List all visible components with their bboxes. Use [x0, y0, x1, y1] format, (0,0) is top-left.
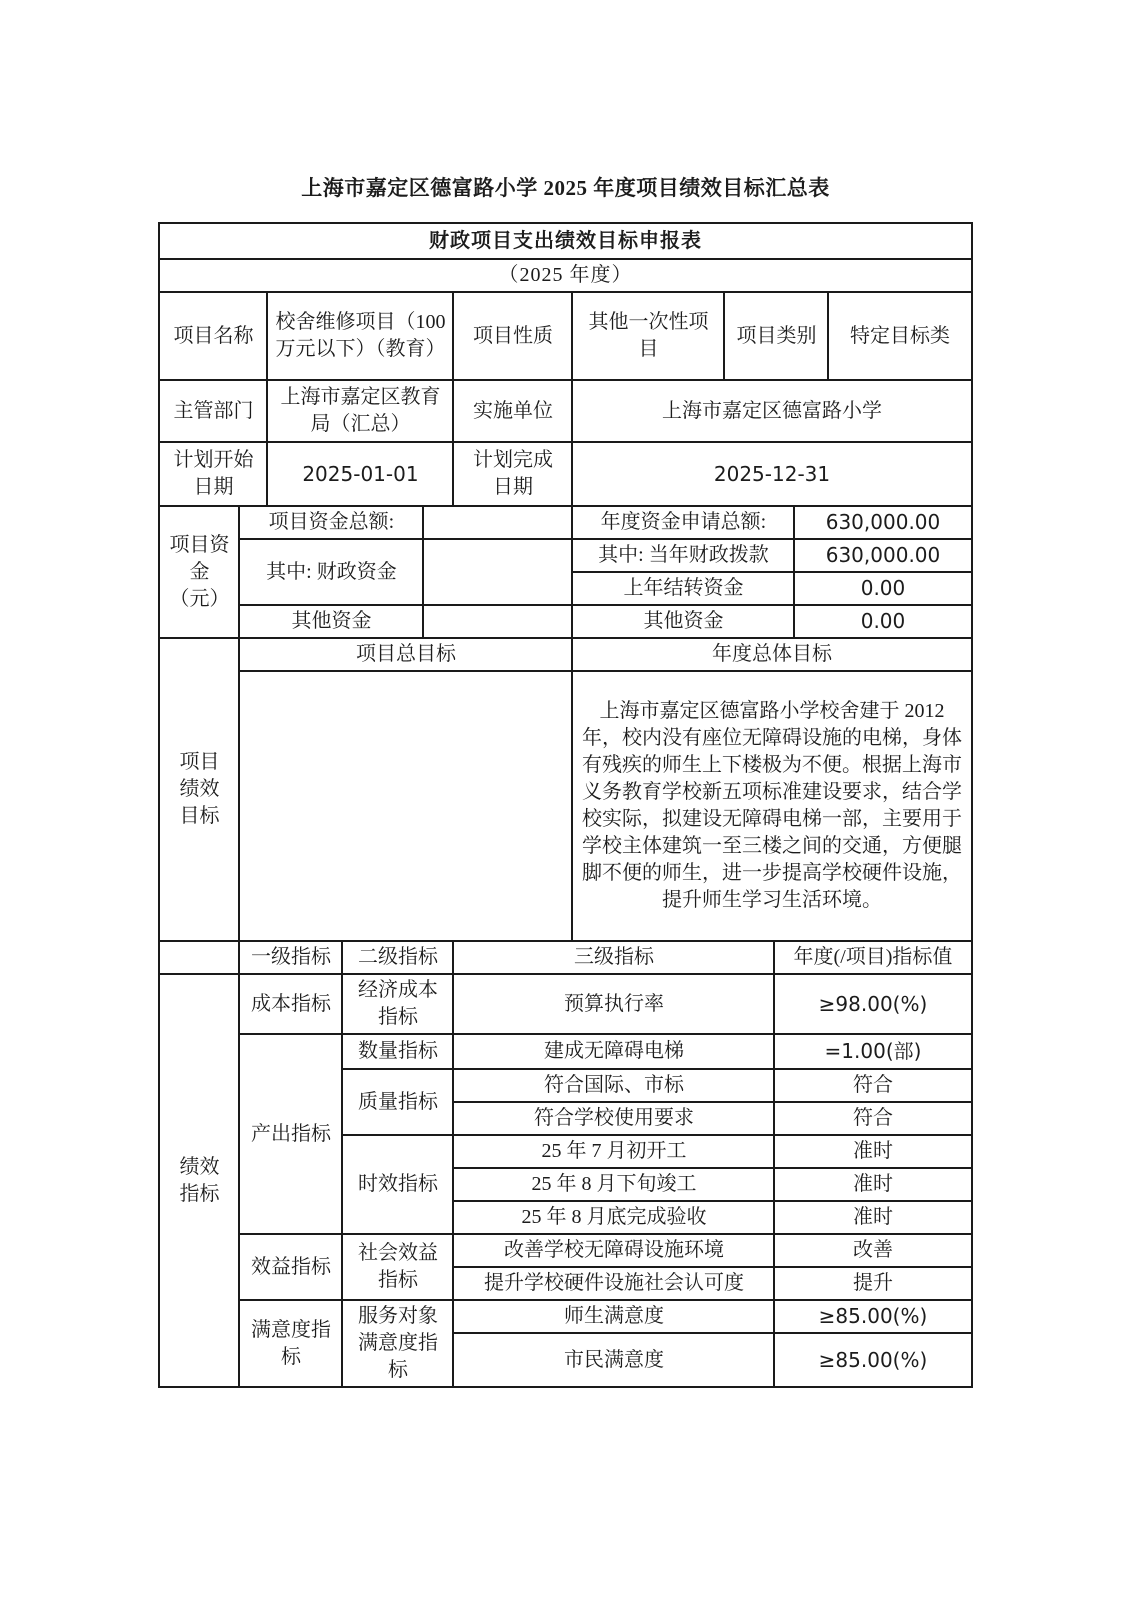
indicator-value: ≥85.00(%) [774, 1300, 971, 1333]
annual-goal-value: 上海市嘉定区德富路小学校舍建于 2012 年，校内没有座位无障碍设施的电梯，身体… [572, 671, 971, 941]
indicator-row: 绩效 指标 成本指标 经济成本指标 预算执行率 ≥98.00(%) [159, 974, 971, 1034]
indicator-level3: 符合学校使用要求 [453, 1102, 774, 1135]
indicator-level1: 成本指标 [239, 974, 342, 1034]
project-nature-value: 其他一次性项目 [572, 292, 724, 380]
year-note-row: （2025 年度） [159, 259, 971, 292]
annual-goal-label: 年度总体目标 [572, 638, 971, 671]
indicator-level2: 服务对象满意度指标 [342, 1300, 453, 1387]
form-year-note: （2025 年度） [159, 259, 971, 292]
department-label: 主管部门 [159, 380, 267, 442]
project-category-label: 项目类别 [724, 292, 828, 380]
indicators-section-label: 绩效 指标 [159, 974, 239, 1387]
funds-other-value [423, 605, 572, 638]
indicator-level3-header: 三级指标 [453, 941, 774, 974]
indicator-value: 改善 [774, 1234, 971, 1267]
indicator-value-header: 年度(/项目)指标值 [774, 941, 971, 974]
project-name-label: 项目名称 [159, 292, 267, 380]
unit-label: 实施单位 [453, 380, 572, 442]
funds-annual-total-label: 年度资金申请总额: [572, 506, 794, 539]
declaration-table: 财政项目支出绩效目标申报表 （2025 年度） 项目名称 校舍维修项目（100 … [158, 222, 972, 1388]
indicator-level3: 提升学校硬件设施社会认可度 [453, 1267, 774, 1300]
goals-header-row: 项目 绩效 目标 项目总目标 年度总体目标 [159, 638, 971, 671]
indicator-value: 提升 [774, 1267, 971, 1300]
indicators-header-spacer [159, 941, 239, 974]
indicator-level2: 社会效益指标 [342, 1234, 453, 1300]
indicator-level3: 预算执行率 [453, 974, 774, 1034]
funds-other-right-label: 其他资金 [572, 605, 794, 638]
project-name-value: 校舍维修项目（100 万元以下）（教育） [267, 292, 453, 380]
overall-goal-value [239, 671, 572, 941]
funds-total-label: 项目资金总额: [239, 506, 423, 539]
funds-other-row: 其他资金 其他资金 0.00 [159, 605, 971, 638]
funds-carryover-label: 上年结转资金 [572, 572, 794, 605]
indicator-level2: 数量指标 [342, 1034, 453, 1069]
indicator-level3: 符合国际、市标 [453, 1069, 774, 1102]
indicators-header-row: 一级指标 二级指标 三级指标 年度(/项目)指标值 [159, 941, 971, 974]
document-title: 上海市嘉定区德富路小学 2025 年度项目绩效目标汇总表 [0, 172, 1131, 202]
end-date-label: 计划完成 日期 [453, 442, 572, 506]
funds-section-label: 项目资金 （元） [159, 506, 239, 638]
unit-value: 上海市嘉定区德富路小学 [572, 380, 971, 442]
indicator-value: ≥85.00(%) [774, 1333, 971, 1387]
indicator-value: 准时 [774, 1135, 971, 1168]
plan-dates-row: 计划开始 日期 2025-01-01 计划完成 日期 2025-12-31 [159, 442, 971, 506]
funds-fiscal-label: 其中: 财政资金 [239, 539, 423, 605]
funds-fiscal-current-value: 630,000.00 [794, 539, 971, 572]
indicator-level3: 师生满意度 [453, 1300, 774, 1333]
indicator-value: 准时 [774, 1201, 971, 1234]
indicator-level2: 经济成本指标 [342, 974, 453, 1034]
project-nature-label: 项目性质 [453, 292, 572, 380]
indicator-level1: 产出指标 [239, 1034, 342, 1234]
indicator-level3: 改善学校无障碍设施环境 [453, 1234, 774, 1267]
end-date-value: 2025-12-31 [572, 442, 971, 506]
goals-content-row: 上海市嘉定区德富路小学校舍建于 2012 年，校内没有座位无障碍设施的电梯，身体… [159, 671, 971, 941]
indicator-value: 准时 [774, 1168, 971, 1201]
indicator-level3: 25 年 8 月底完成验收 [453, 1201, 774, 1234]
indicator-value: 符合 [774, 1102, 971, 1135]
indicator-row: 产出指标 数量指标 建成无障碍电梯 =1.00(部) [159, 1034, 971, 1069]
department-row: 主管部门 上海市嘉定区教育局（汇总） 实施单位 上海市嘉定区德富路小学 [159, 380, 971, 442]
indicator-row: 满意度指标 服务对象满意度指标 师生满意度 ≥85.00(%) [159, 1300, 971, 1333]
department-value: 上海市嘉定区教育局（汇总） [267, 380, 453, 442]
form-title-row: 财政项目支出绩效目标申报表 [159, 223, 971, 259]
form-title: 财政项目支出绩效目标申报表 [159, 223, 971, 259]
indicator-level1-header: 一级指标 [239, 941, 342, 974]
goals-section-label: 项目 绩效 目标 [159, 638, 239, 941]
indicator-level3: 25 年 7 月初开工 [453, 1135, 774, 1168]
indicator-level2: 时效指标 [342, 1135, 453, 1234]
indicator-level2-header: 二级指标 [342, 941, 453, 974]
start-date-value: 2025-01-01 [267, 442, 453, 506]
funds-total-row: 项目资金 （元） 项目资金总额: 年度资金申请总额: 630,000.00 [159, 506, 971, 539]
indicator-level2: 质量指标 [342, 1069, 453, 1135]
funds-fiscal-value [423, 539, 572, 605]
indicator-level3: 25 年 8 月下旬竣工 [453, 1168, 774, 1201]
indicator-level1: 满意度指标 [239, 1300, 342, 1387]
funds-other-right-value: 0.00 [794, 605, 971, 638]
funds-fiscal-current-label: 其中: 当年财政拨款 [572, 539, 794, 572]
document-page: 上海市嘉定区德富路小学 2025 年度项目绩效目标汇总表 财政项目支出绩效目标申… [0, 0, 1131, 1600]
indicator-value: 符合 [774, 1069, 971, 1102]
indicator-level1: 效益指标 [239, 1234, 342, 1300]
overall-goal-label: 项目总目标 [239, 638, 572, 671]
funds-carryover-value: 0.00 [794, 572, 971, 605]
indicator-row: 效益指标 社会效益指标 改善学校无障碍设施环境 改善 [159, 1234, 971, 1267]
indicator-level3: 建成无障碍电梯 [453, 1034, 774, 1069]
funds-annual-total-value: 630,000.00 [794, 506, 971, 539]
funds-other-label: 其他资金 [239, 605, 423, 638]
indicator-value: ≥98.00(%) [774, 974, 971, 1034]
funds-total-value [423, 506, 572, 539]
funds-fiscal-current-row: 其中: 财政资金 其中: 当年财政拨款 630,000.00 [159, 539, 971, 572]
start-date-label: 计划开始 日期 [159, 442, 267, 506]
project-name-row: 项目名称 校舍维修项目（100 万元以下）（教育） 项目性质 其他一次性项目 项… [159, 292, 971, 380]
project-category-value: 特定目标类 [828, 292, 971, 380]
indicator-level3: 市民满意度 [453, 1333, 774, 1387]
indicator-value: =1.00(部) [774, 1034, 971, 1069]
